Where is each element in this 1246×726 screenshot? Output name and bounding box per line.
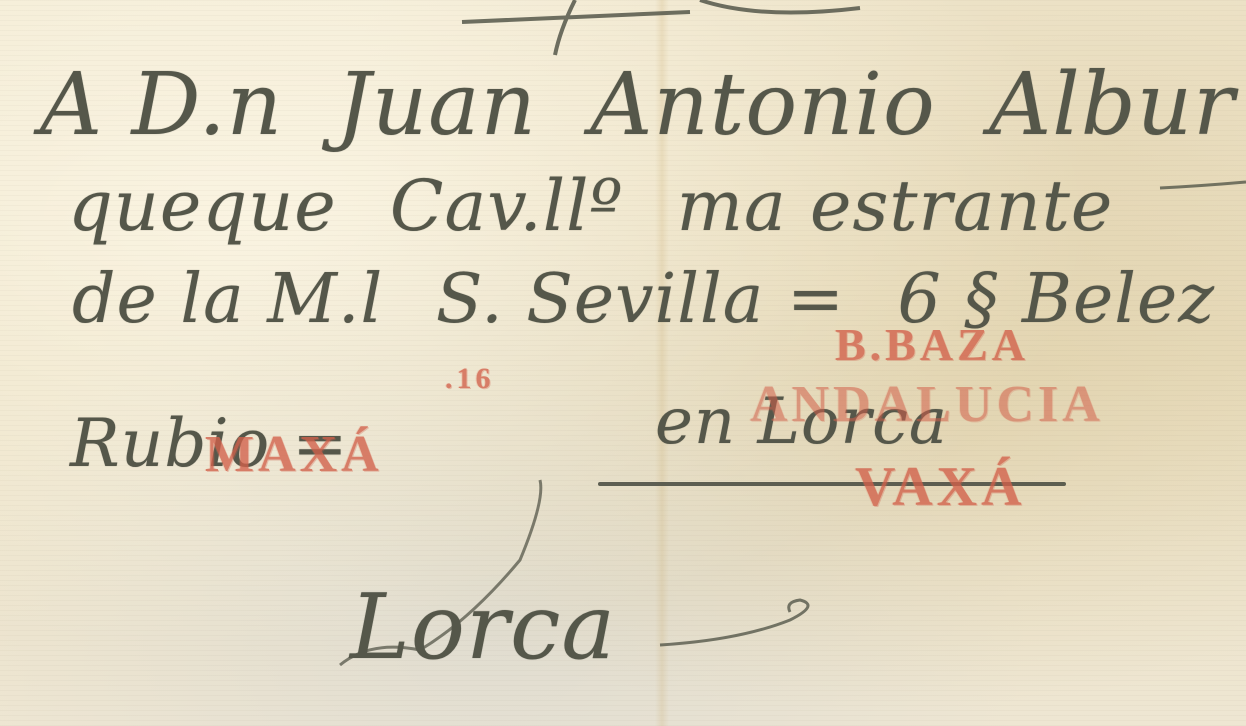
city-name: S. Sevilla =: [436, 260, 845, 339]
salutation-text: A D.n: [40, 55, 283, 155]
recipient-surname-start: Albur: [989, 55, 1235, 155]
address-line-3: de la M.l S. Sevilla = 6 § Belez: [72, 260, 1215, 339]
postmark-fragment-text: .16: [445, 362, 495, 395]
title-abbreviation: Cav.llº: [390, 165, 623, 247]
postmark-secondary: MAXÁ: [205, 425, 383, 484]
recipient-first-name: Juan: [336, 55, 537, 155]
destination-city: Lorca: [350, 575, 616, 680]
destination-text: Lorca: [350, 575, 616, 680]
postmark-baza: B.BAZA: [835, 318, 1029, 371]
address-line-2: queque Cav.llº ma estrante: [68, 165, 1113, 247]
postmark-line-3: VAXÁ: [855, 456, 1026, 518]
postmark-line-1: B.BAZA: [835, 319, 1029, 370]
postmark-andalucia: ANDALUCIA: [750, 375, 1104, 434]
postmark-line-2: ANDALUCIA: [750, 376, 1104, 433]
city-prefix: de la M.l: [72, 260, 383, 339]
recipient-surname-end: queque: [68, 165, 337, 247]
postmark-vax: VAXÁ: [855, 455, 1026, 519]
postmark-secondary-text: MAXÁ: [205, 426, 383, 483]
recipient-middle-name: Antonio: [590, 55, 936, 155]
address-line-1: A D.n Juan Antonio Albur: [40, 55, 1235, 155]
title-continuation: ma estrante: [677, 165, 1114, 247]
postmark-fragment: .16: [445, 362, 495, 396]
